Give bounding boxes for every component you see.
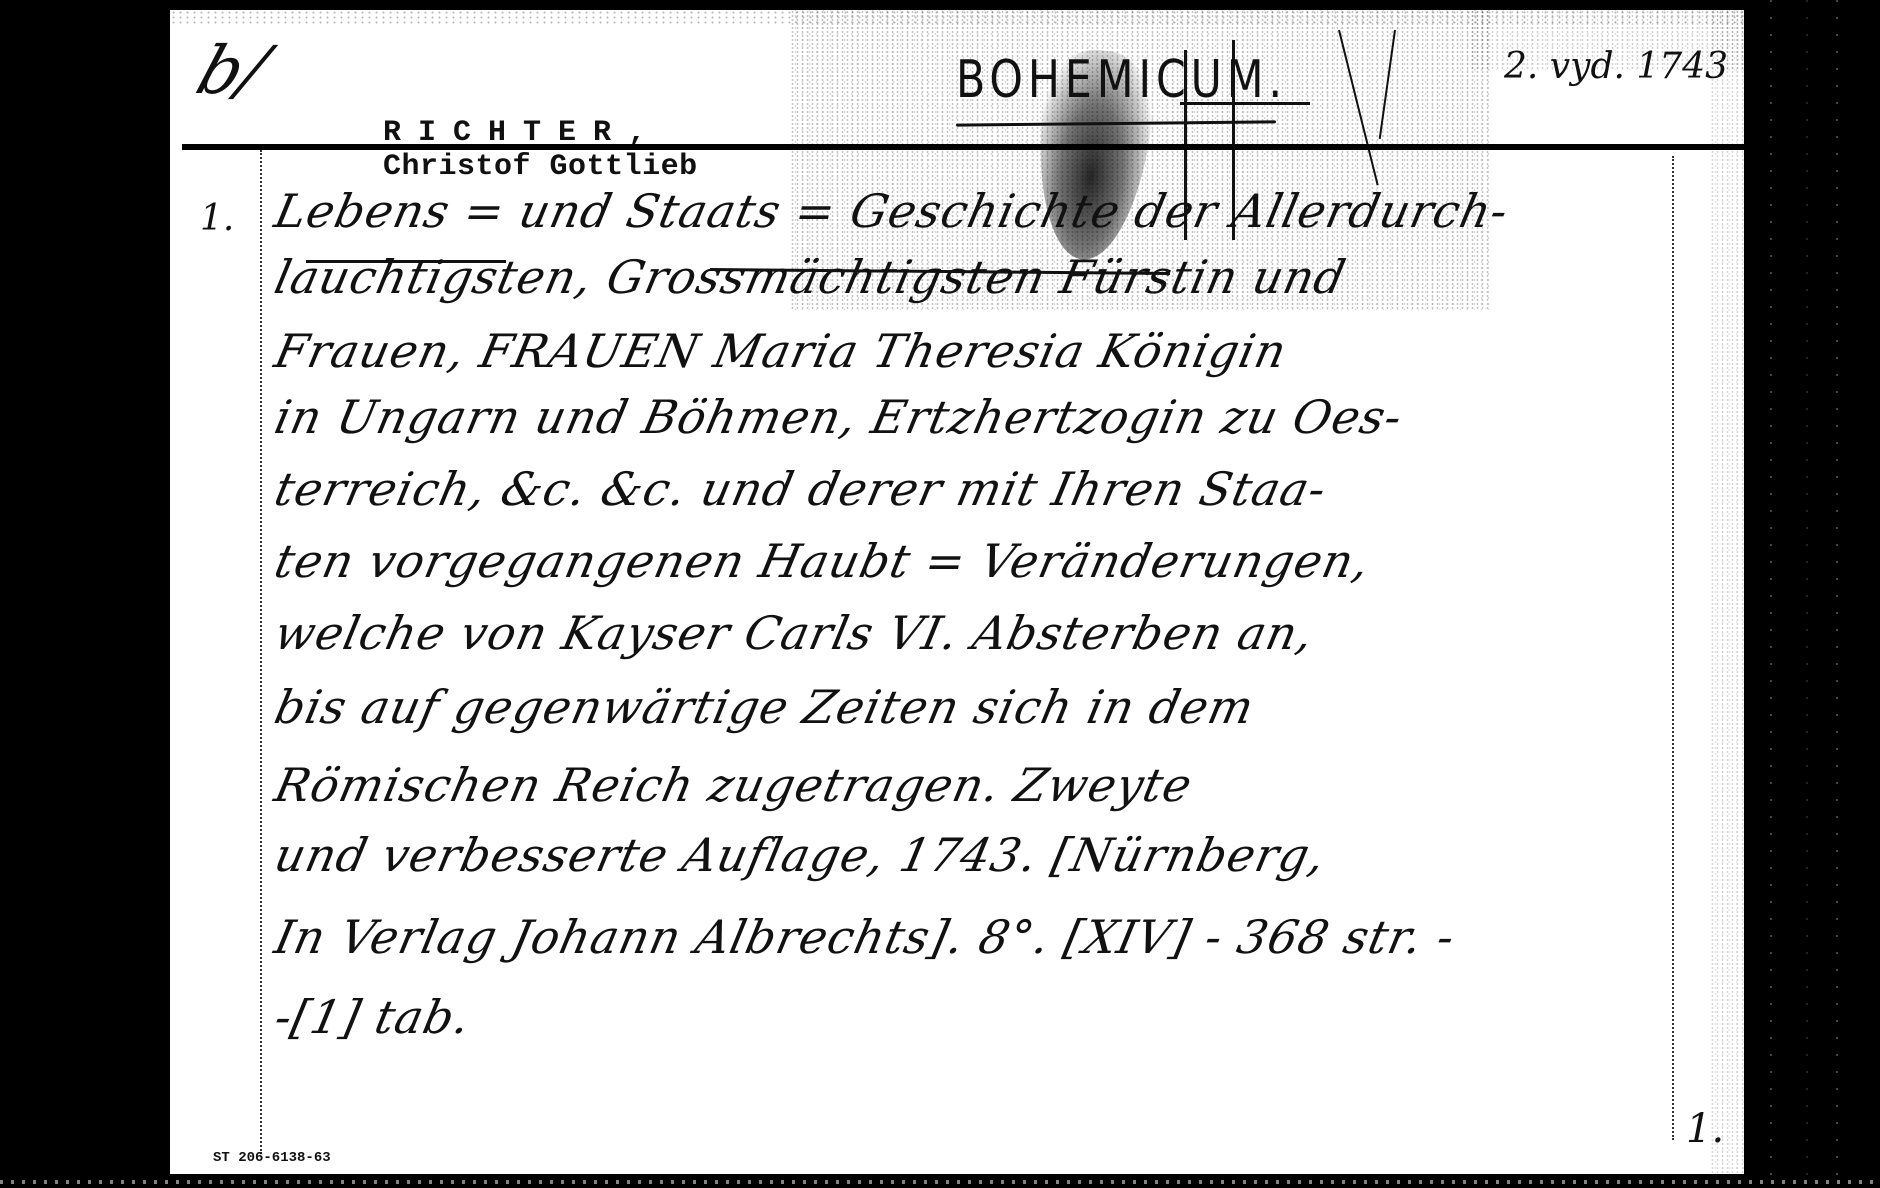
film-reference-code: ST 206-6138-63 (213, 1150, 331, 1166)
author-given-names: Christof Gottlieb (383, 150, 698, 184)
collection-stamp: BOHEMICUM. (956, 50, 1287, 110)
underline-lebens (306, 260, 506, 263)
scan-noise-bottom (0, 1180, 1880, 1184)
scan-noise-column (1836, 0, 1838, 1188)
description-line: Lebens = und Staats = Geschichte der All… (270, 184, 1514, 238)
description-line: Frauen, FRAUEN Maria Theresia Königin (270, 324, 1292, 378)
scan-noise-column (1806, 0, 1808, 1188)
description-line: bis auf gegenwärtige Zeiten sich in dem (270, 680, 1259, 734)
description-line: -[1] tab. (270, 990, 476, 1044)
description-line: terreich, &c. &c. und derer mit Ihren St… (270, 462, 1332, 516)
entry-number: 1. (200, 198, 234, 239)
catalog-card: b/ RICHTER, Christof Gottlieb BOHEMICUM.… (170, 10, 1744, 1174)
scan-grain (1710, 10, 1744, 1174)
description-line: in Ungarn und Böhmen, Ertzhertzogin zu O… (270, 390, 1408, 444)
description-line: und verbesserte Auflage, 1743. [Nürnberg… (270, 828, 1331, 882)
card-sequence-number: 1. (1686, 1106, 1724, 1152)
right-margin-rule (1672, 156, 1674, 1140)
description-line: ten vorgegangenen Haubt = Veränderungen, (270, 534, 1375, 588)
description-line: In Verlag Johann Albrechts]. 8°. [XIV] -… (270, 910, 1460, 964)
description-line: lauchtigsten, Grossmächtigsten Fürstin u… (270, 250, 1351, 304)
edition-note: 2. vyd. 1743 (1504, 46, 1728, 87)
description-line: Römischen Reich zugetragen. Zweyte (270, 758, 1197, 812)
scan-noise-column (1770, 0, 1772, 1188)
left-margin-rule (260, 150, 262, 1154)
description-line: welche von Kayser Carls VI. Absterben an… (270, 606, 1319, 660)
header-rule (182, 144, 1744, 150)
scan-background: b/ RICHTER, Christof Gottlieb BOHEMICUM.… (0, 0, 1880, 1188)
corner-mark: b/ (189, 38, 275, 104)
